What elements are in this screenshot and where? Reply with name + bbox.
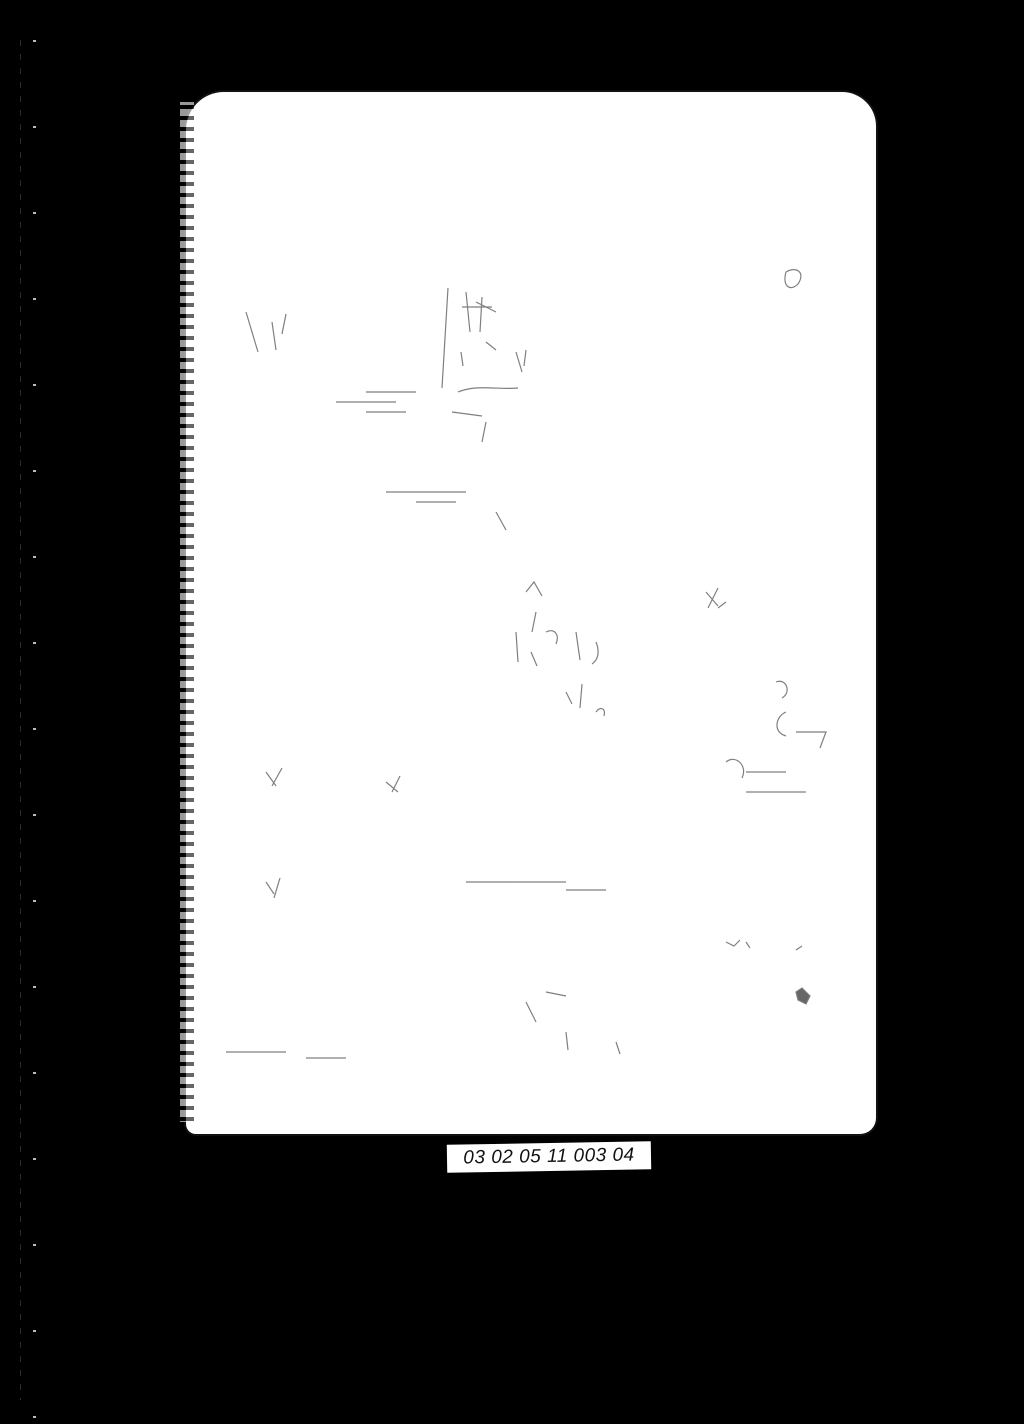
faded-handwriting [186, 92, 876, 1134]
scanned-page [186, 92, 876, 1134]
scanner-edge-dots [33, 0, 36, 1424]
archive-id-label: 03 02 05 11 003 04 [447, 1141, 651, 1173]
archive-id-text: 03 02 05 11 003 04 [463, 1145, 635, 1170]
scanner-edge-line [20, 40, 21, 1400]
